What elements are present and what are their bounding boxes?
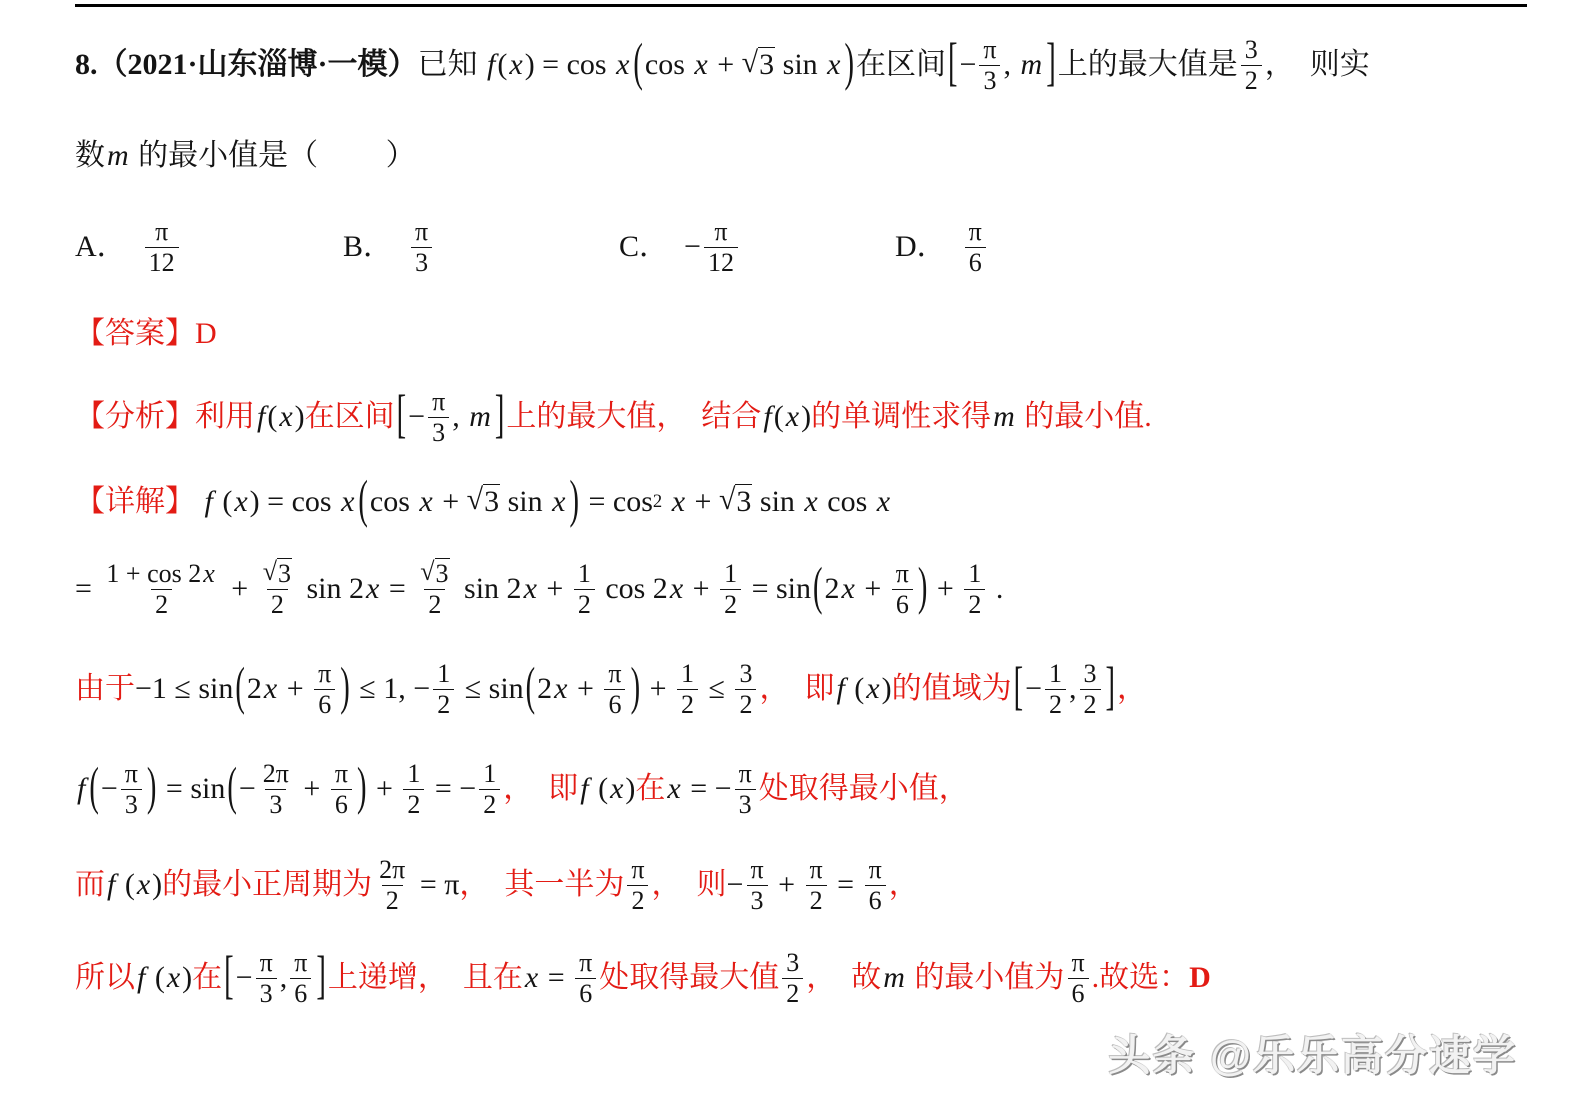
big-delimiter: [ bbox=[1014, 657, 1024, 720]
exam-solution-page: 8.（2021·山东淄博·一模）已知 f(x) = cos x(cos x + … bbox=[0, 4, 1587, 1083]
solution-conclusion-line: 所以f (x)在[−π3,π6]上递增， 且在x = π6处取得最大值32， 故… bbox=[75, 935, 1527, 1021]
fraction: 12 bbox=[720, 559, 741, 620]
big-delimiter: ( bbox=[633, 33, 643, 96]
fraction: π3 bbox=[979, 35, 1000, 96]
big-delimiter: ) bbox=[918, 557, 928, 620]
fraction: π6 bbox=[965, 217, 986, 278]
fraction: π3 bbox=[746, 855, 767, 916]
fraction: π12 bbox=[704, 217, 738, 278]
big-delimiter: [ bbox=[224, 946, 234, 1009]
fraction: 12 bbox=[433, 659, 454, 720]
big-delimiter: [ bbox=[948, 33, 958, 96]
fraction: 2π2 bbox=[375, 855, 409, 916]
fraction: 12 bbox=[479, 759, 500, 820]
fraction: π6 bbox=[575, 948, 596, 1009]
big-delimiter: ) bbox=[357, 757, 367, 820]
solution-formula-line: = 1 + cos 2x2 + √32 sin 2x = √32 sin 2x … bbox=[75, 543, 1527, 635]
fraction: 12 bbox=[1045, 659, 1066, 720]
fraction: 32 bbox=[782, 948, 803, 1009]
big-delimiter: ) bbox=[631, 657, 641, 720]
fraction: π3 bbox=[428, 387, 449, 448]
fraction: 12 bbox=[574, 559, 595, 620]
big-delimiter: ) bbox=[340, 657, 350, 720]
big-delimiter: ( bbox=[227, 757, 237, 820]
fraction: π2 bbox=[806, 855, 827, 916]
big-delimiter: ) bbox=[844, 33, 854, 96]
option-a: A． π12 bbox=[75, 217, 343, 278]
fraction: π6 bbox=[331, 759, 352, 820]
option-c: C． −π12 bbox=[619, 217, 895, 278]
big-delimiter: ] bbox=[1046, 33, 1056, 96]
big-delimiter: [ bbox=[397, 385, 407, 448]
solution-period-line: 而f (x)的最小正周期为2π2 = π， 其一半为π2， 则−π3 + π2 … bbox=[75, 845, 1527, 925]
fraction: 2π3 bbox=[259, 759, 293, 820]
big-delimiter: ] bbox=[1106, 657, 1116, 720]
fraction: π6 bbox=[604, 659, 625, 720]
fraction: 12 bbox=[677, 659, 698, 720]
fraction: 1 + cos 2x2 bbox=[102, 559, 220, 620]
solution-range-line: 由于−1 ≤ sin(2x + π6) ≤ 1, −12 ≤ sin(2x + … bbox=[75, 643, 1527, 735]
problem-statement-line-2: 数m 的最小值是（ ） bbox=[75, 127, 1527, 185]
sqrt-expression: √3 bbox=[467, 484, 500, 520]
solution-detail-line: 【详解】 f (x) = cos x(cos x + √3 sin x) = c… bbox=[75, 471, 1527, 533]
fraction: π3 bbox=[411, 217, 432, 278]
fraction: π6 bbox=[892, 559, 913, 620]
fraction: 32 bbox=[735, 659, 756, 720]
big-delimiter: ( bbox=[813, 557, 823, 620]
fraction: 12 bbox=[964, 559, 985, 620]
big-delimiter: ) bbox=[569, 470, 579, 533]
option-b: B． π3 bbox=[343, 217, 619, 278]
answer-line: 【答案】D bbox=[75, 311, 1527, 357]
analysis-line: 【分析】利用f(x)在区间[−π3, m]上的最大值， 结合f(x)的单调性求得… bbox=[75, 375, 1527, 459]
sqrt-expression: √3 bbox=[719, 484, 752, 520]
big-delimiter: ( bbox=[89, 757, 99, 820]
big-delimiter: ) bbox=[147, 757, 157, 820]
fraction: π3 bbox=[256, 948, 277, 1009]
fraction: π12 bbox=[145, 217, 179, 278]
fraction: 12 bbox=[403, 759, 424, 820]
options-row: A． π12 B． π3 C． −π12 D． π6 bbox=[75, 213, 1527, 281]
fraction: π6 bbox=[1067, 948, 1088, 1009]
fraction: √32 bbox=[259, 558, 296, 620]
sqrt-expression: √3 bbox=[420, 558, 449, 589]
fraction: π6 bbox=[290, 948, 311, 1009]
watermark-text: 头条 @乐乐高分速学 bbox=[75, 1023, 1527, 1083]
big-delimiter: ( bbox=[526, 657, 536, 720]
big-delimiter: ( bbox=[358, 470, 368, 533]
big-delimiter: ] bbox=[495, 385, 505, 448]
sqrt-expression: √3 bbox=[742, 47, 775, 83]
top-divider-rule bbox=[75, 4, 1527, 7]
fraction: 32 bbox=[1241, 35, 1262, 96]
fraction: 32 bbox=[1080, 659, 1101, 720]
fraction: π6 bbox=[314, 659, 335, 720]
fraction: π3 bbox=[735, 759, 756, 820]
fraction: π3 bbox=[121, 759, 142, 820]
fraction: √32 bbox=[416, 558, 453, 620]
option-d: D． π6 bbox=[895, 217, 989, 278]
big-delimiter: ( bbox=[235, 657, 245, 720]
sqrt-expression: √3 bbox=[263, 558, 292, 589]
big-delimiter: ] bbox=[316, 946, 326, 1009]
fraction: π2 bbox=[627, 855, 648, 916]
fraction: π6 bbox=[865, 855, 886, 916]
problem-statement-line-1: 8.（2021·山东淄博·一模）已知 f(x) = cos x(cos x + … bbox=[75, 29, 1527, 101]
solution-minimum-line: f(−π3) = sin(−2π3 + π6) + 12 = −12， 即f (… bbox=[75, 743, 1527, 835]
